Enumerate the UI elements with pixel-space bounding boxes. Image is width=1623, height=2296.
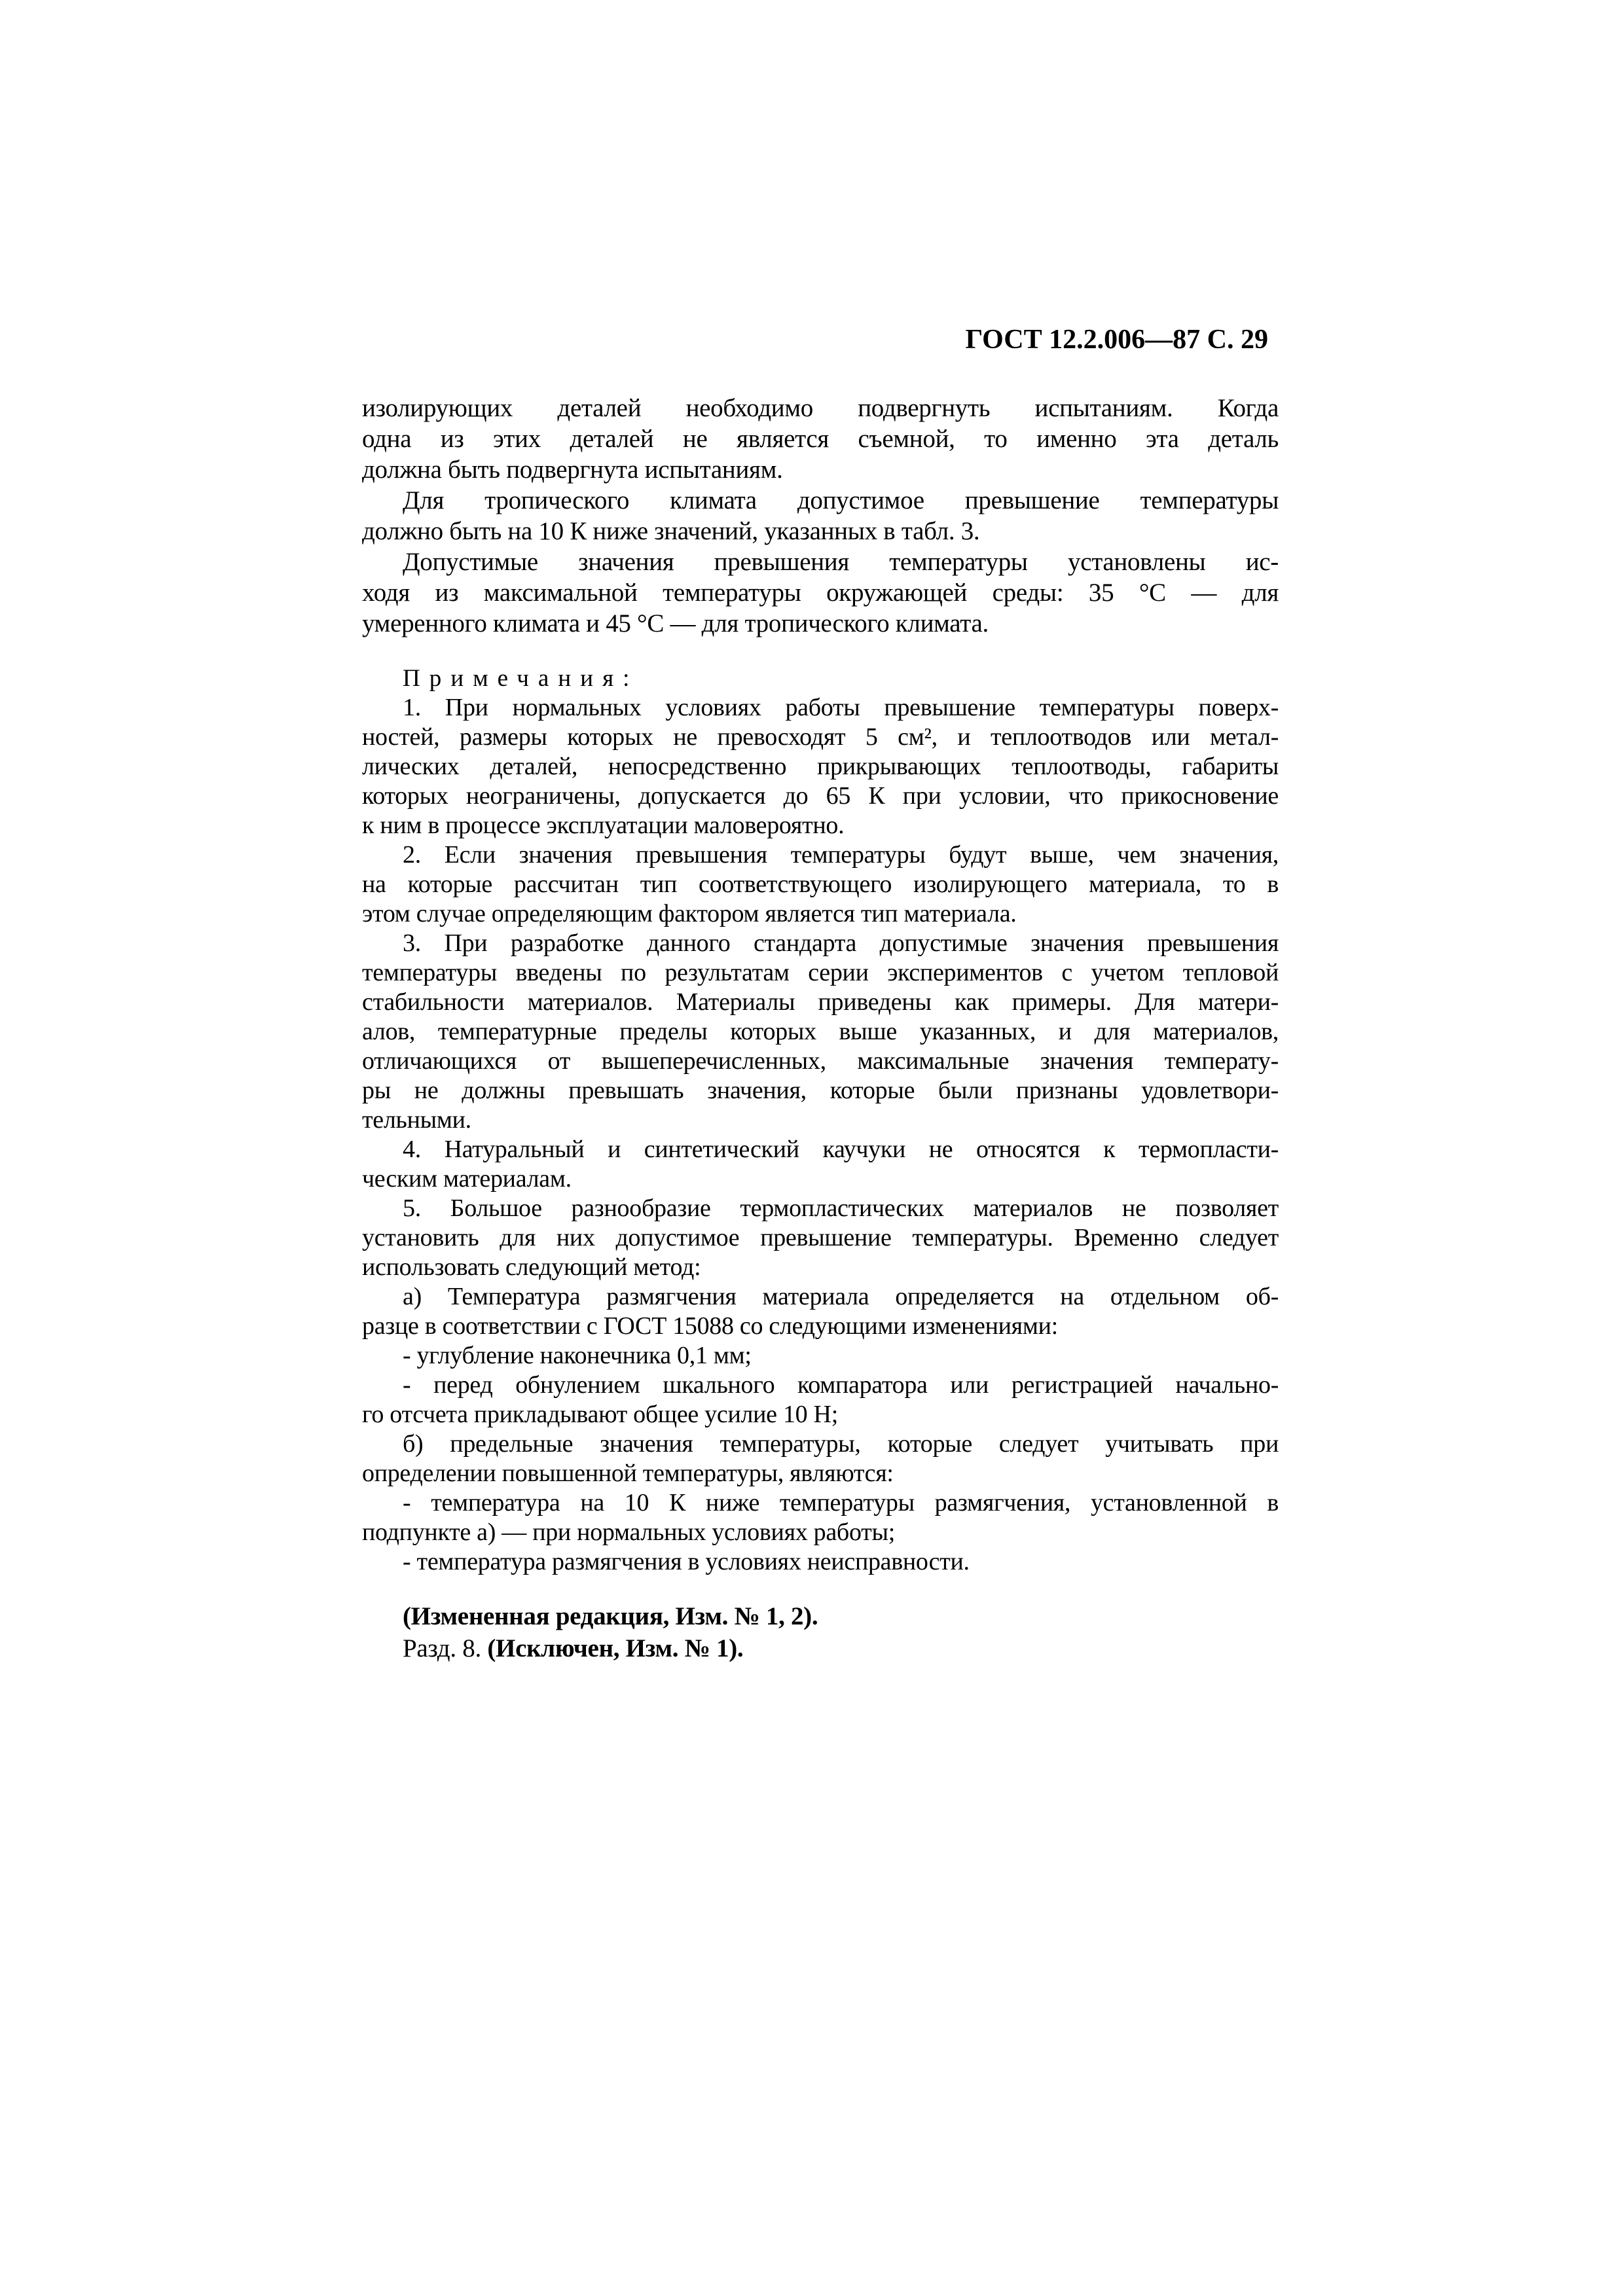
text-line: ностей, размеры которых не превосходят 5… (362, 723, 1279, 752)
paragraph-continuation: изолирующих деталей необходимо подвергну… (362, 393, 1279, 485)
text-segment: Разд. 8. (403, 1634, 487, 1662)
note-4: 4. Натуральный и синтетический каучуки н… (362, 1135, 1279, 1194)
text-line: отличающихся от вышеперечисленных, макси… (362, 1047, 1279, 1076)
text-line: Примечания: (362, 664, 1279, 693)
text-line: должно быть на 10 К ниже значений, указа… (362, 516, 1279, 547)
paragraph-permissible-values: Допустимые значения превышения температу… (362, 547, 1279, 639)
text-line: Разд. 8. (Исключен, Изм. № 1). (362, 1632, 1279, 1664)
text-line: - перед обнулением шкального компаратора… (362, 1371, 1279, 1400)
text-line: го отсчета прикладывают общее усилие 10 … (362, 1400, 1279, 1429)
text-line: 1. При нормальных условиях работы превыш… (362, 693, 1279, 723)
page-header: ГОСТ 12.2.006—87 С. 29 (362, 325, 1279, 355)
note-5-dash-4: - температура размягчения в условиях неи… (362, 1547, 1279, 1577)
text-line: стабильности материалов. Материалы приве… (362, 988, 1279, 1017)
text-line: температуры введены по результатам серии… (362, 958, 1279, 988)
document-content-blocks: изолирующих деталей необходимо подвергну… (362, 393, 1279, 1664)
text-line: разце в соответствии с ГОСТ 15088 со сле… (362, 1312, 1279, 1341)
text-line: установить для них допустимое превышение… (362, 1223, 1279, 1253)
text-line: должна быть подвергнута испытаниям. (362, 454, 1279, 485)
text-line: умеренного климата и 45 °С — для тропиче… (362, 608, 1279, 639)
text-line: б) предельные значения температуры, кото… (362, 1429, 1279, 1459)
text-line: 4. Натуральный и синтетический каучуки н… (362, 1135, 1279, 1164)
document-text-column: ГОСТ 12.2.006—87 С. 29 изолирующих детал… (362, 325, 1279, 1664)
section-8-excluded: Разд. 8. (Исключен, Изм. № 1). (362, 1632, 1279, 1664)
notes-heading: Примечания: (362, 664, 1279, 693)
text-line: подпункте а) — при нормальных условиях р… (362, 1518, 1279, 1547)
text-line: а) Температура размягчения материала опр… (362, 1282, 1279, 1312)
text-line: этом случае определяющим фактором являет… (362, 899, 1279, 929)
note-5-item-b: б) предельные значения температуры, кото… (362, 1429, 1279, 1488)
text-line: тельными. (362, 1105, 1279, 1135)
text-line: ры не должны превышать значения, которые… (362, 1076, 1279, 1105)
text-line: на которые рассчитан тип соответствующег… (362, 870, 1279, 899)
text-line: к ним в процессе эксплуатации маловероят… (362, 811, 1279, 840)
note-5: 5. Большое разнообразие термопластически… (362, 1194, 1279, 1282)
text-line: которых неограничены, допускается до 65 … (362, 781, 1279, 811)
bold-text-segment: (Измененная редакция, Изм. № 1, 2). (403, 1602, 818, 1630)
text-line: ходя из максимальной температуры окружаю… (362, 577, 1279, 608)
note-5-dash-3: - температура на 10 К ниже температуры р… (362, 1488, 1279, 1547)
text-line: (Измененная редакция, Изм. № 1, 2). (362, 1600, 1279, 1632)
text-line: - углубление наконечника 0,1 мм; (362, 1341, 1279, 1371)
note-1: 1. При нормальных условиях работы превыш… (362, 693, 1279, 840)
bold-text-segment: (Исключен, Изм. № 1). (487, 1634, 743, 1662)
text-line: алов, температурные пределы которых выше… (362, 1017, 1279, 1047)
note-5-dash-2: - перед обнулением шкального компаратора… (362, 1371, 1279, 1429)
text-line: 5. Большое разнообразие термопластически… (362, 1194, 1279, 1223)
text-line: 2. Если значения превышения температуры … (362, 840, 1279, 870)
text-line: ческим материалам. (362, 1164, 1279, 1194)
text-line: 3. При разработке данного стандарта допу… (362, 929, 1279, 958)
note-5-item-a: а) Температура размягчения материала опр… (362, 1282, 1279, 1341)
text-line: Допустимые значения превышения температу… (362, 547, 1279, 577)
text-line: лических деталей, непосредственно прикры… (362, 752, 1279, 781)
text-line: определении повышенной температуры, явля… (362, 1459, 1279, 1488)
note-3: 3. При разработке данного стандарта допу… (362, 929, 1279, 1135)
text-line: Для тропического климата допустимое прев… (362, 485, 1279, 516)
document-page: ГОСТ 12.2.006—87 С. 29 изолирующих детал… (0, 0, 1623, 2296)
text-line: одна из этих деталей не является съемной… (362, 423, 1279, 454)
text-line: - температура размягчения в условиях неи… (362, 1547, 1279, 1577)
text-line: - температура на 10 К ниже температуры р… (362, 1488, 1279, 1518)
text-line: использовать следующий метод: (362, 1253, 1279, 1282)
note-2: 2. Если значения превышения температуры … (362, 840, 1279, 929)
paragraph-tropical-climate: Для тропического климата допустимое прев… (362, 485, 1279, 547)
text-line: изолирующих деталей необходимо подвергну… (362, 393, 1279, 423)
amendment-note: (Измененная редакция, Изм. № 1, 2). (362, 1600, 1279, 1632)
note-5-dash-1: - углубление наконечника 0,1 мм; (362, 1341, 1279, 1371)
